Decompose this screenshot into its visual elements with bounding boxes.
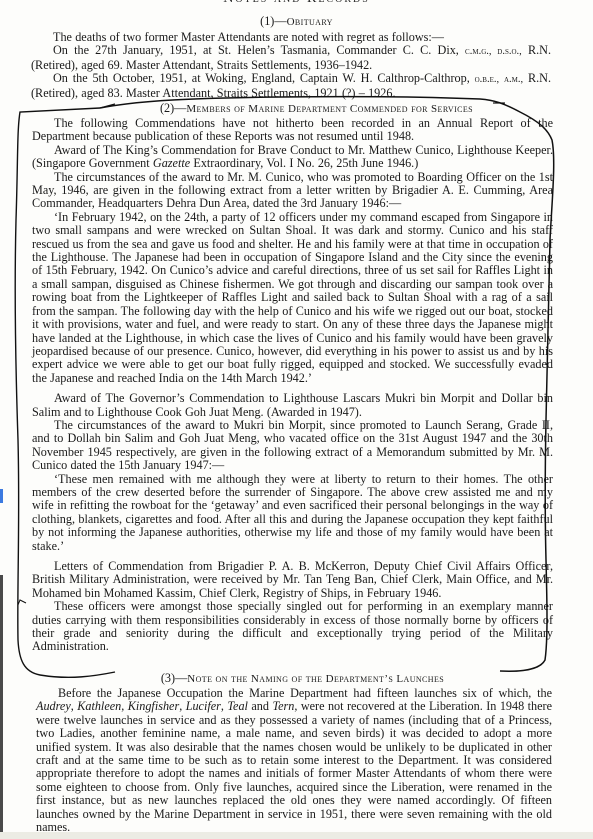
running-head: Notes and Records xyxy=(0,0,593,7)
section2-heading: (2)—Members of Marine Department Commend… xyxy=(20,101,593,116)
launch-name: Kingfisher xyxy=(128,699,179,713)
section2-title: Members of Marine Department Commended f… xyxy=(186,103,473,115)
section2-para-kings-award: Award of The King’s Commendation for Bra… xyxy=(32,144,553,171)
section2-number: (2)— xyxy=(160,101,186,115)
obituary-entry-dix: On the 27th January, 1951, at St. Helen’… xyxy=(31,44,551,72)
section2-para-officers: These officers were amongst those specia… xyxy=(32,600,553,654)
section1-number: (1)— xyxy=(260,14,286,28)
section3-number: (3)— xyxy=(161,671,187,685)
dix-honours: c.m.g., d.s.o., xyxy=(465,46,522,57)
section1-body: The deaths of two former Master Attendan… xyxy=(31,31,551,100)
kings-award-text-b: Extraordinary, Vol. I No. 26, 25th June … xyxy=(190,156,418,170)
section2-para-mckerron-letters: Letters of Commendation from Brigadier P… xyxy=(32,560,553,600)
section3-body: Before the Japanese Occupation the Marin… xyxy=(36,687,552,834)
scan-edge-mark xyxy=(0,489,3,503)
launch-name: Tern xyxy=(272,699,294,713)
launches-text-a: Before the Japanese Occupation the Marin… xyxy=(58,686,552,700)
launch-name: Lucifer xyxy=(186,699,221,713)
obituary-entry-calthrop: On the 5th October, 1951, at Woking, Eng… xyxy=(31,72,551,100)
section1-title: Obituary xyxy=(287,16,333,28)
launch-name: Audrey xyxy=(36,699,71,713)
section2-para-circumstances: The circumstances of the award to Mr. M.… xyxy=(32,171,553,211)
section3-title: Note on the Naming of the Department’s L… xyxy=(187,673,444,685)
section2-para-cumming-letter: ‘In February 1942, on the 24th, a party … xyxy=(32,211,553,385)
section2-para-cunico-memo: ‘These men remained with me although the… xyxy=(32,473,553,553)
section2-para-lascars-circumstances: The circumstances of the award to Mukri … xyxy=(32,419,553,473)
obituary-intro: The deaths of two former Master Attendan… xyxy=(31,31,551,44)
launch-name: Kathleen xyxy=(77,699,121,713)
dix-text-a: On the 27th January, 1951, at St. Helen’… xyxy=(53,43,465,57)
obituary-intro-text: The deaths of two former Master Attendan… xyxy=(53,30,444,44)
section2-para-governors-award: Award of The Governor’s Commendation to … xyxy=(32,392,553,419)
calthrop-honours-2: a.m., xyxy=(504,74,523,85)
gazette-title: Gazette xyxy=(153,156,190,170)
section2-para-intro: The following Commendations have not hit… xyxy=(32,117,553,144)
scanned-page: Notes and Records (1)—Obituary The death… xyxy=(0,0,593,839)
section3-heading: (3)—Note on the Naming of the Department… xyxy=(6,671,593,686)
calthrop-honours-1: o.b.e., xyxy=(475,74,500,85)
section2-body: The following Commendations have not hit… xyxy=(32,117,553,654)
section1-heading: (1)—Obituary xyxy=(0,14,593,29)
section3-para-launches: Before the Japanese Occupation the Marin… xyxy=(36,687,552,834)
calthrop-text-a: On the 5th October, 1951, at Woking, Eng… xyxy=(53,71,475,85)
launches-text-b: , were not recovered at the Liberation. … xyxy=(36,699,552,834)
launch-name: Teal xyxy=(227,699,248,713)
scan-edge-strip xyxy=(0,575,3,839)
